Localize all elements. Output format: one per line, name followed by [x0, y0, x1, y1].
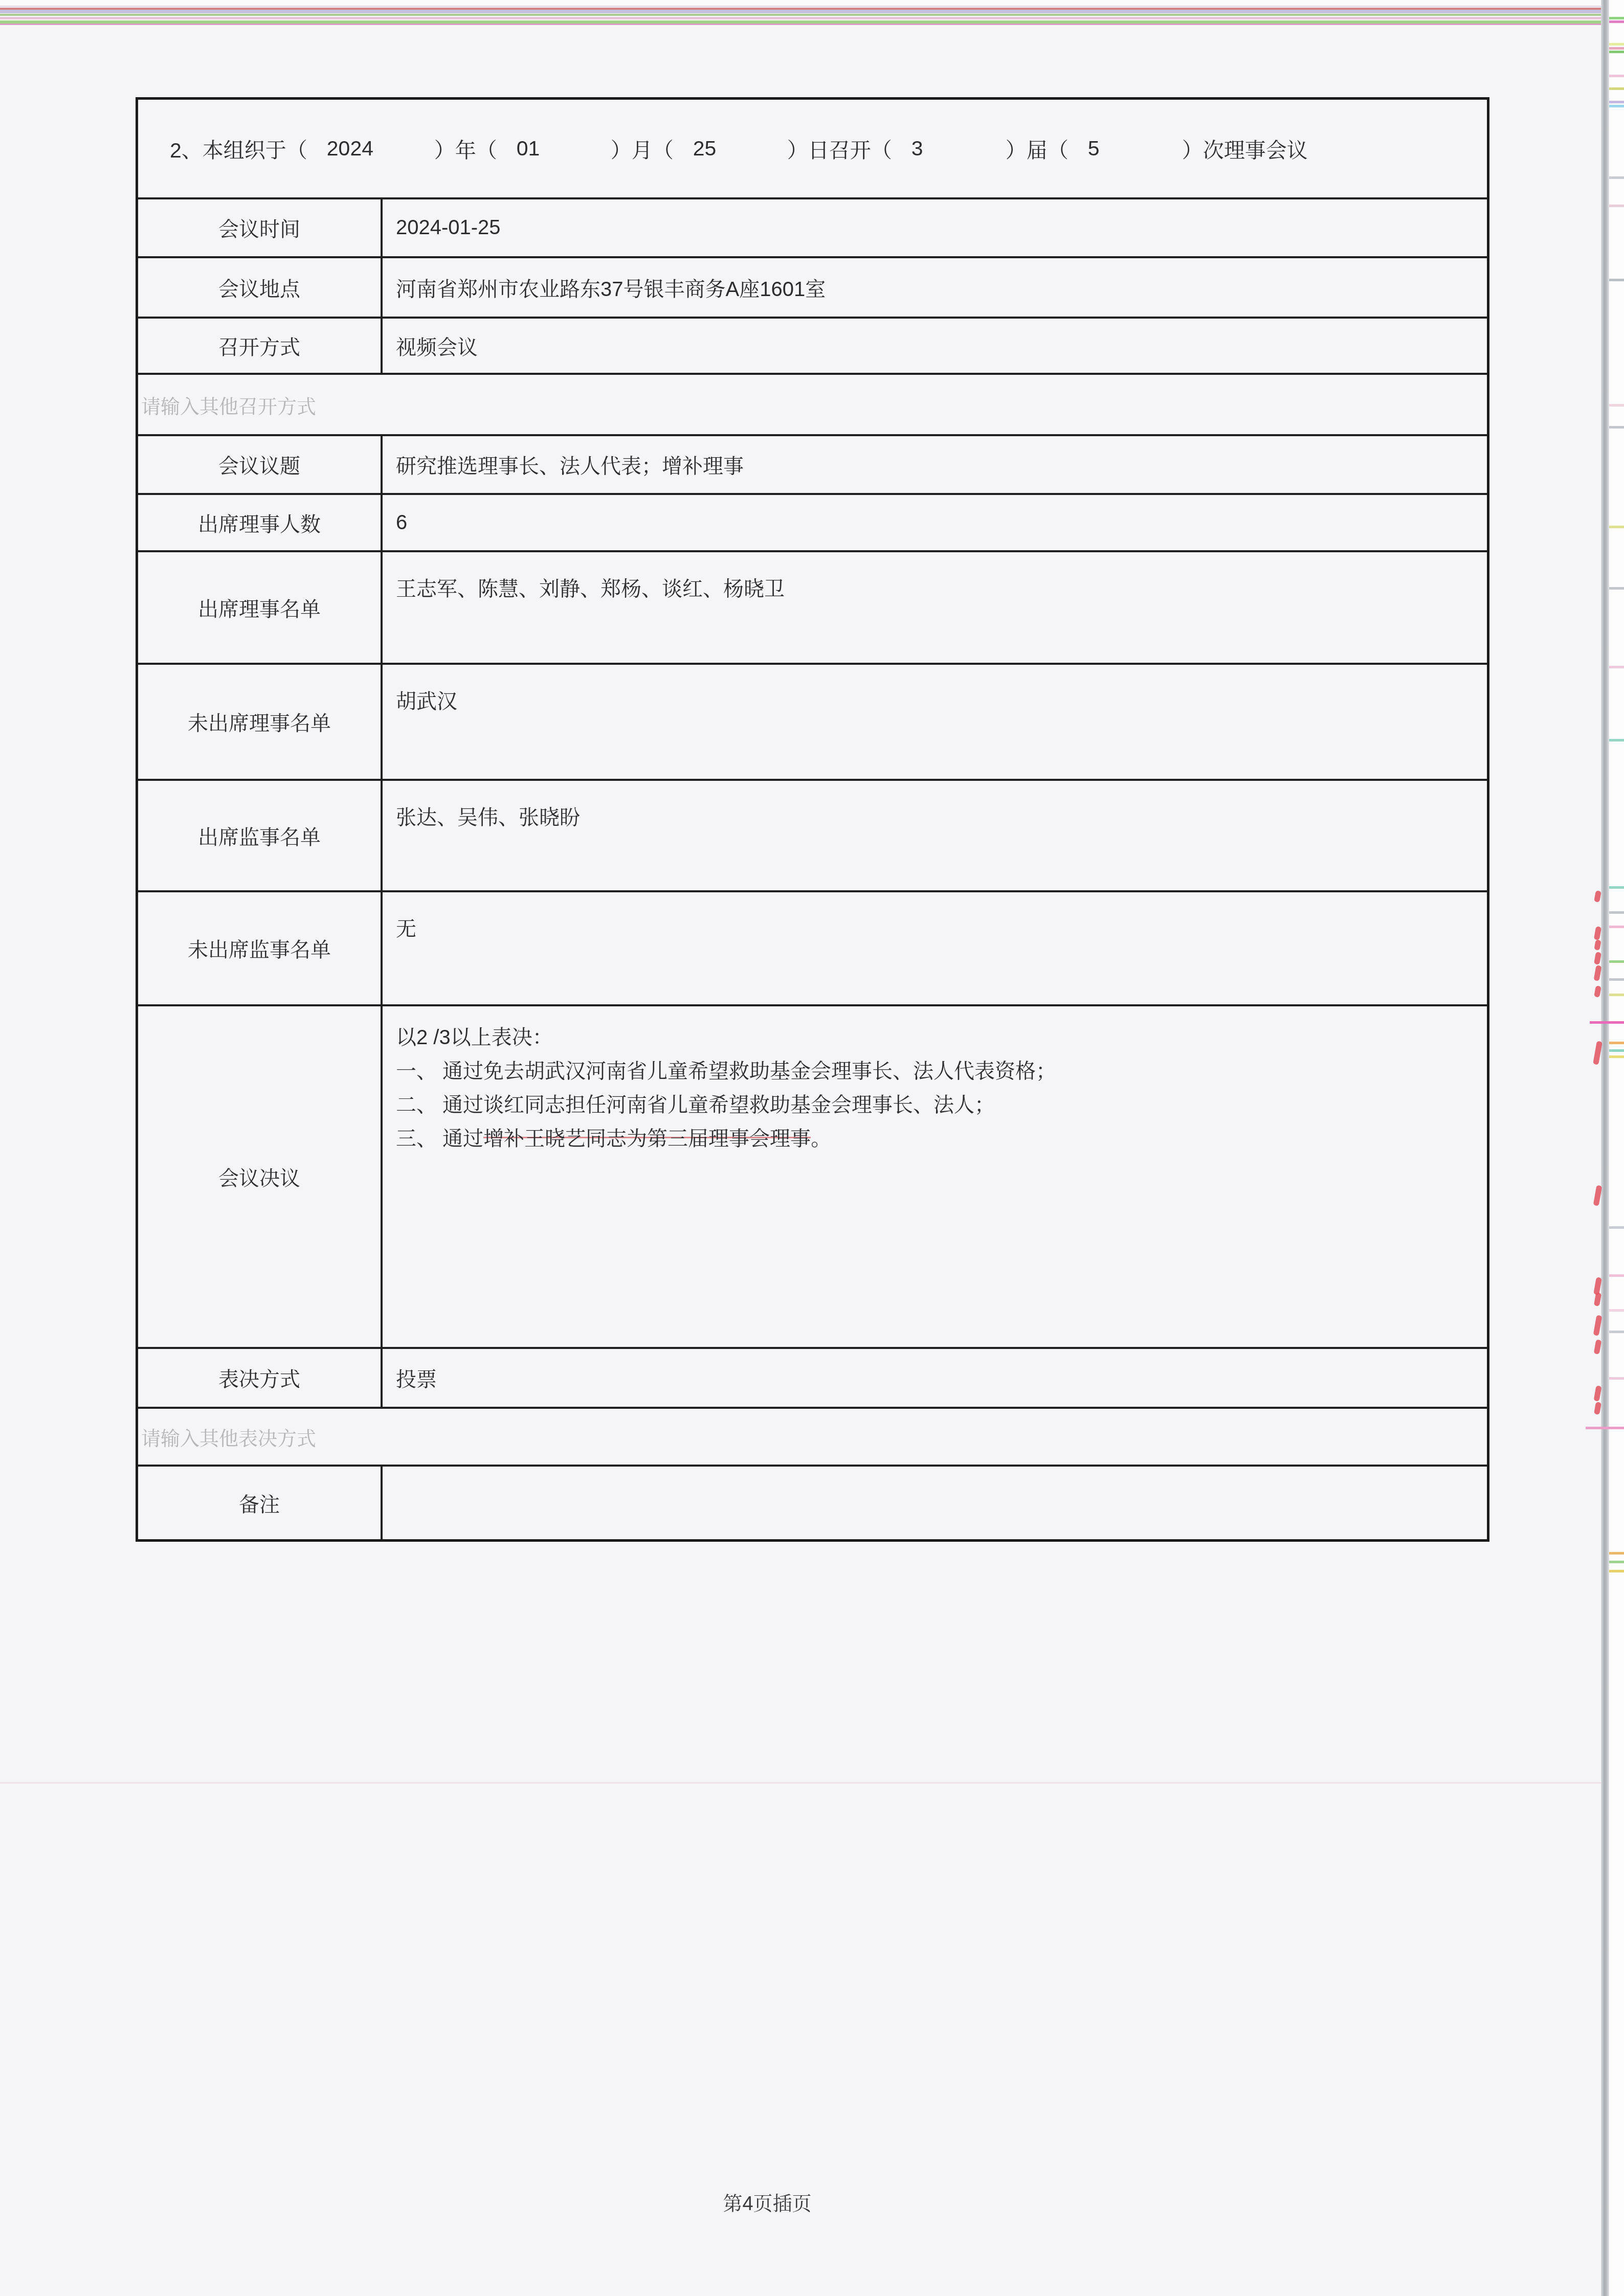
- sheet-edge-color-line: [1609, 1570, 1624, 1572]
- resolution-item-3-prefix: 三、 通过: [396, 1128, 483, 1150]
- table-row-remarks: 备注: [138, 1467, 1487, 1539]
- meeting-year-value: 2024: [307, 137, 434, 161]
- sheet-edge-color-line: [1609, 960, 1624, 963]
- other-convene-method-placeholder: 请输入其他召开方式: [138, 375, 1487, 434]
- table-row-directors-present-count: 出席理事人数 6: [138, 495, 1487, 552]
- sheet-edge-color-line: [1609, 978, 1624, 981]
- sheet-edge-color-line: [1609, 526, 1624, 528]
- meeting-day-value: 25: [674, 137, 787, 161]
- table-row-directors-present-list: 出席理事名单 王志军、陈慧、刘静、郑杨、谈红、杨晓卫: [138, 552, 1487, 665]
- sheet-edge-color-line: [1609, 279, 1624, 281]
- sheet-edge-color-line: [1609, 1552, 1624, 1555]
- meeting-topic-value: 研究推选理事长、法人代表；增补理事: [383, 436, 1487, 493]
- header-seg3: ）月（: [611, 133, 674, 164]
- sheet-edge-color-line: [1609, 1042, 1624, 1044]
- red-pen-mark: [1594, 939, 1601, 951]
- directors-absent-list-value: 胡武汉: [383, 665, 1487, 779]
- sheet-edge-color-line: [1609, 994, 1624, 996]
- supervisors-absent-list-value: 无: [383, 892, 1487, 1004]
- resolution-item-3-red-strike-text: 增补王晓艺同志为第三届理事会理事: [483, 1128, 811, 1150]
- meeting-month-value: 01: [497, 137, 611, 161]
- scan-edge-streak: [0, 24, 1624, 25]
- supervisors-present-list-value: 张达、吴伟、张晓盼: [383, 781, 1487, 890]
- sheet-edge-color-line: [1609, 739, 1624, 741]
- sheet-edge-color-line: [1609, 1274, 1624, 1277]
- page-stack-edge-strip: [1609, 0, 1624, 2296]
- meeting-place-value: 河南省郑州市农业路东37号银丰商务A座1601室: [383, 258, 1487, 317]
- table-row-supervisors-absent-list: 未出席监事名单 无: [138, 892, 1487, 1006]
- row-label: 出席理事人数: [138, 495, 383, 550]
- table-row-header: 2、本组织于（2024）年（01）月（25）日召开（3）届（5）次理事会议: [138, 100, 1487, 199]
- table-row-meeting-topic: 会议议题 研究推选理事长、法人代表；增补理事: [138, 436, 1487, 495]
- sheet-edge-color-line: [1609, 47, 1624, 50]
- sheet-edge-color-line: [1609, 17, 1624, 19]
- row-label: 出席监事名单: [138, 781, 383, 890]
- meeting-resolution-value: 以2 /3以上表决： 一、 通过免去胡武汉河南省儿童希望救助基金会理事长、法人代…: [383, 1006, 1487, 1347]
- row-label: 会议时间: [138, 199, 383, 256]
- sheet-edge-color-line: [1609, 886, 1624, 889]
- sheet-edge-color-line: [1609, 926, 1624, 928]
- page-footer: 第4页插页: [0, 2188, 1534, 2216]
- table-row-other-convene-method: 请输入其他召开方式: [138, 375, 1487, 436]
- sheet-edge-color-line: [1609, 205, 1624, 207]
- header-seg5: ）届（: [1006, 133, 1069, 164]
- sheet-edge-color-line: [1586, 1427, 1624, 1429]
- under-sheet-edge-line: [0, 1782, 1601, 1784]
- row-label: 会议地点: [138, 258, 383, 317]
- table-row-convene-method: 召开方式 视频会议: [138, 319, 1487, 375]
- page-right-edge-band: [1601, 0, 1609, 2296]
- sheet-edge-color-line: [1609, 20, 1624, 23]
- row-label: 未出席理事名单: [138, 665, 383, 779]
- scan-edge-streak: [0, 10, 1624, 13]
- table-row-directors-absent-list: 未出席理事名单 胡武汉: [138, 665, 1487, 781]
- red-pen-mark: [1594, 1402, 1601, 1415]
- sheet-edge-color-line: [1609, 1309, 1624, 1312]
- red-pen-mark: [1594, 926, 1601, 940]
- scan-edge-streak: [0, 17, 1624, 19]
- row-label: 会议议题: [138, 436, 383, 493]
- sheet-edge-color-line: [1609, 1226, 1624, 1229]
- header-seg2: ）年（: [434, 133, 497, 164]
- red-pen-mark: [1594, 890, 1601, 903]
- sheet-edge-color-line: [1590, 1021, 1624, 1024]
- sheet-edge-color-line: [1609, 1561, 1624, 1563]
- remarks-value: [383, 1467, 1487, 1539]
- sheet-edge-color-line: [1609, 105, 1624, 107]
- sheet-edge-color-line: [1609, 43, 1624, 46]
- sheet-edge-color-line: [1609, 87, 1624, 90]
- scan-edge-streak: [0, 6, 1624, 7]
- voting-method-value: 投票: [383, 1349, 1487, 1407]
- row-label: 备注: [138, 1467, 383, 1539]
- row-label: 未出席监事名单: [138, 892, 383, 1004]
- table-row-meeting-place: 会议地点 河南省郑州市农业路东37号银丰商务A座1601室: [138, 258, 1487, 319]
- sheet-edge-color-line: [1609, 176, 1624, 179]
- sheet-edge-color-line: [1609, 426, 1624, 429]
- other-voting-method-placeholder: 请输入其他表决方式: [138, 1409, 1487, 1465]
- sheet-edge-color-line: [1609, 1049, 1624, 1052]
- sheet-edge-color-line: [1609, 1331, 1624, 1333]
- table-row-voting-method: 表决方式 投票: [138, 1349, 1487, 1409]
- red-pen-mark: [1594, 1339, 1602, 1354]
- table-row-supervisors-present-list: 出席监事名单 张达、吴伟、张晓盼: [138, 781, 1487, 892]
- convene-method-value: 视频会议: [383, 319, 1487, 373]
- resolution-item-1: 一、 通过免去胡武汉河南省儿童希望救助基金会理事长、法人代表资格；: [396, 1054, 1472, 1088]
- sheet-edge-color-line: [1609, 587, 1624, 590]
- directors-present-list-value: 王志军、陈慧、刘静、郑杨、谈红、杨晓卫: [383, 552, 1487, 663]
- sheet-edge-color-line: [1609, 75, 1624, 77]
- resolution-intro: 以2 /3以上表决：: [396, 1021, 1472, 1054]
- table-row-other-voting-method: 请输入其他表决方式: [138, 1409, 1487, 1467]
- table-row-meeting-time: 会议时间 2024-01-25: [138, 199, 1487, 258]
- row-label: 召开方式: [138, 319, 383, 373]
- board-session-value: 3: [892, 137, 1006, 161]
- red-pen-mark: [1594, 985, 1601, 998]
- directors-present-count-value: 6: [383, 495, 1487, 550]
- meeting-round-value: 5: [1069, 137, 1182, 161]
- header-seg6: ）次理事会议: [1182, 133, 1308, 164]
- sheet-edge-color-line: [1609, 51, 1624, 53]
- header-seg4: ）日召开（: [787, 133, 892, 164]
- meeting-header-line: 2、本组织于（2024）年（01）月（25）日召开（3）届（5）次理事会议: [138, 100, 1487, 197]
- sheet-edge-color-line: [1609, 666, 1624, 668]
- sheet-edge-color-line: [1609, 1377, 1624, 1380]
- table-row-meeting-resolution: 会议决议 以2 /3以上表决： 一、 通过免去胡武汉河南省儿童希望救助基金会理事…: [138, 1006, 1487, 1349]
- resolution-item-3: 三、 通过增补王晓艺同志为第三届理事会理事。: [396, 1122, 1472, 1156]
- row-label: 表决方式: [138, 1349, 383, 1407]
- sheet-edge-color-line: [1609, 1055, 1624, 1058]
- sheet-edge-color-line: [1609, 911, 1624, 914]
- scan-edge-streak: [0, 14, 1624, 16]
- resolution-item-3-suffix: 。: [811, 1128, 831, 1150]
- red-pen-mark: [1594, 952, 1601, 965]
- scan-top-edge-strips: [0, 0, 1624, 27]
- row-label: 出席理事名单: [138, 552, 383, 663]
- scanned-document-page: 2、本组织于（2024）年（01）月（25）日召开（3）届（5）次理事会议 会议…: [0, 0, 1624, 2296]
- meeting-time-value: 2024-01-25: [383, 199, 1487, 256]
- sheet-edge-color-line: [1609, 101, 1624, 103]
- resolution-item-2: 二、 通过谈红同志担任河南省儿童希望救助基金会理事长、法人；: [396, 1088, 1472, 1122]
- sheet-edge-color-line: [1609, 404, 1624, 407]
- row-label: 会议决议: [138, 1006, 383, 1347]
- header-seg1: 2、本组织于（: [170, 133, 307, 164]
- meeting-record-form-table: 2、本组织于（2024）年（01）月（25）日召开（3）届（5）次理事会议 会议…: [136, 97, 1489, 1542]
